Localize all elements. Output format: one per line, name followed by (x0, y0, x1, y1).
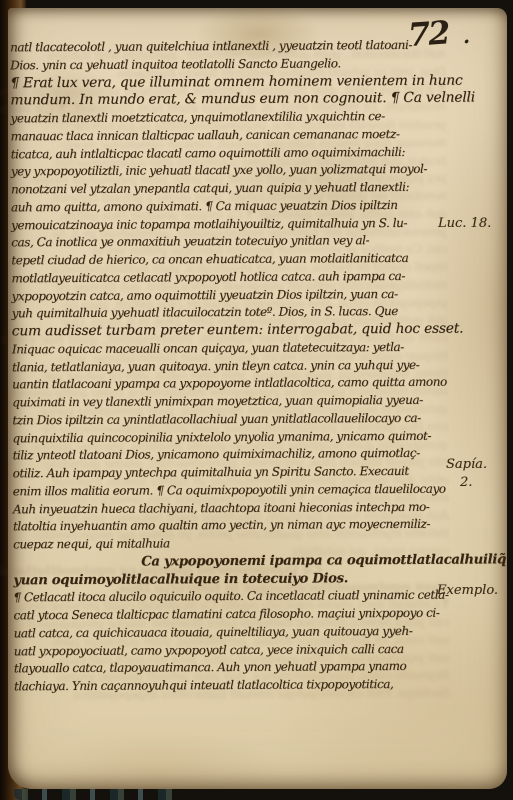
manuscript-line: enim illos malitia eorum. ¶ Ca oquimixpo… (13, 480, 449, 500)
manuscript-line: Ca yxpopoyonemi ipampa ca oquimottlatlac… (13, 551, 449, 571)
manuscript-line: tepetl ciudad de hierico, ca oncan ehuat… (11, 250, 447, 270)
manuscript-line: nonotzani vel ytzalan ynepantla catqui, … (11, 179, 447, 199)
manuscript-line: auh amo quitta, amono quiximati. ¶ Ca mi… (11, 196, 447, 216)
manuscript-line: cum audisset turbam preter euntem: inter… (12, 321, 448, 341)
manuscript-line: uatl catca, ca quichicauaca itouaia, qui… (14, 622, 450, 642)
manuscript-line: manauac tlaca innican tlalticpac uallauh… (11, 125, 447, 145)
manuscript-line: natl tlacatecolotl , yuan quitelchiua in… (10, 37, 446, 57)
manuscript-line: catl ytoca Seneca tlalticpac tlamatini c… (13, 605, 449, 625)
manuscript-page: natl tlacatecolotl , yuan quitelchiua in… (8, 8, 507, 789)
margin-note: 2. (460, 475, 472, 490)
manuscript-line: tlatoltia inyehuantin amo qualtin amo ye… (13, 516, 449, 536)
manuscript-line: quiximati in vey tlanextli ynimixpan moy… (12, 392, 448, 412)
manuscript-line: motlatlayeuiticatca cetlacatl yxpopoyotl… (11, 267, 447, 287)
photo-background: natl tlacatecolotl , yuan quitelchiua in… (0, 0, 513, 800)
margin-note: Sapía. (446, 457, 487, 472)
text-block: natl tlacatecolotl , yuan quitelchiua in… (10, 37, 450, 696)
manuscript-line: yemouicatzinoaya inic topampa motlaihiyo… (11, 214, 447, 234)
manuscript-line: tzin Dios ipiltzin ca ynintlatlacollachi… (12, 409, 448, 429)
marbled-edge (14, 789, 184, 800)
manuscript-line: yeuatzin tlanextli moetzticatca, ynquimo… (10, 108, 446, 128)
manuscript-line: Iniquac oquicac maceualli oncan quiçaya,… (12, 338, 448, 358)
manuscript-line: tlachiaya. Ynin caçannoyuhqui inteuatl t… (14, 676, 450, 696)
manuscript-line: otiliz. Auh ipampay yntechpa quimitalhui… (13, 463, 449, 483)
folio-number-dot: . (462, 24, 471, 48)
